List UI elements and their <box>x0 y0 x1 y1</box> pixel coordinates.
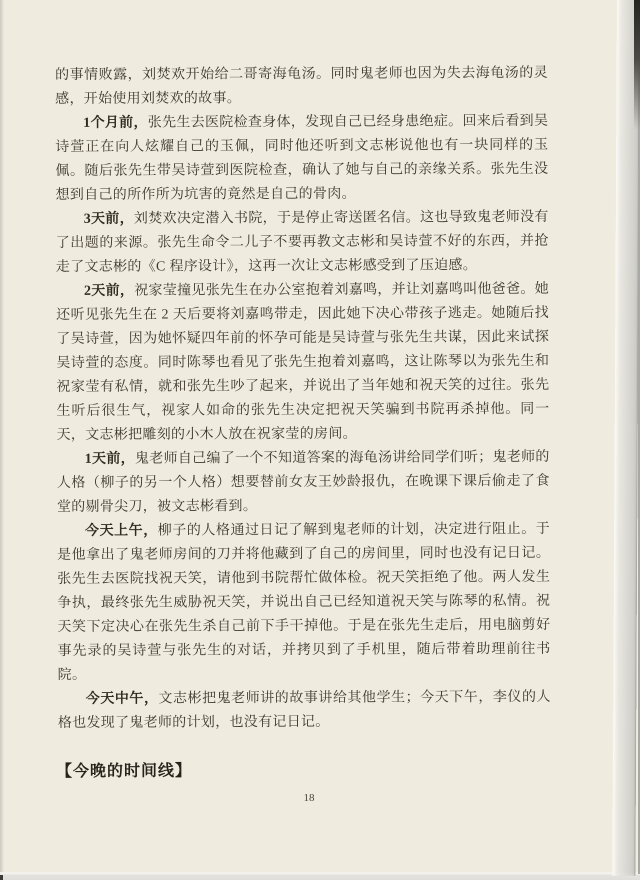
time-marker-label: 1天前， <box>85 452 135 467</box>
paragraph-text: 柳子的人格通过日记了解到鬼老师的计划，决定进行阻止。于是他拿出了鬼老师房间的刀并… <box>57 522 550 683</box>
time-marker-label: 1个月前， <box>83 116 148 131</box>
time-marker-label: 3天前， <box>84 212 134 227</box>
paragraph-continuation: 的事情败露，刘焚欢开始给二哥寄海龟汤。同时鬼老师也因为失去海龟汤的灵感，开始使用… <box>55 62 548 112</box>
scan-left-edge <box>0 0 4 880</box>
paragraph-text: 祝家莹撞见张先生在办公室抱着刘嘉鸣，并让刘嘉鸣叫他爸爸。她还听见张先生在 2 天… <box>56 282 549 443</box>
scan-speck <box>0 875 3 880</box>
time-marker-label: 2天前， <box>84 284 134 299</box>
paragraph-text: 的事情败露，刘焚欢开始给二哥寄海龟汤。同时鬼老师也因为失去海龟汤的灵感，开始使用… <box>55 66 548 107</box>
scanned-document-page: 的事情败露，刘焚欢开始给二哥寄海龟汤。同时鬼老师也因为失去海龟汤的灵感，开始使用… <box>0 0 640 880</box>
scan-right-page-edge-band <box>612 0 640 876</box>
document-body-text: 的事情败露，刘焚欢开始给二哥寄海龟汤。同时鬼老师也因为失去海龟汤的灵感，开始使用… <box>55 62 551 736</box>
time-marker-label: 今天中午， <box>86 692 159 707</box>
paragraph-one-month-ago: 1个月前，张先生去医院检查身体，发现自己已经身患绝症。回来后看到吴诗萱正在向人炫… <box>55 110 548 208</box>
paragraph-this-morning: 今天上午，柳子的人格通过日记了解到鬼老师的计划，决定进行阻止。于是他拿出了鬼老师… <box>57 518 551 688</box>
scan-bottom-edge <box>0 872 640 880</box>
scan-dark-corner <box>634 0 640 130</box>
paragraph-two-days-ago: 2天前，祝家莹撞见张先生在办公室抱着刘嘉鸣，并让刘嘉鸣叫他爸爸。她还听见张先生在… <box>56 278 550 448</box>
paragraph-one-day-ago: 1天前，鬼老师自己编了一个不知道答案的海龟汤讲给同学们听；鬼老师的人格（柳子的另… <box>57 446 550 520</box>
paragraph-three-days-ago: 3天前，刘焚欢决定潜入书院，于是停止寄送匿名信。这也导致鬼老师没有了出题的来源。… <box>56 206 549 280</box>
section-heading-tonight-timeline: 【今晚的时间线】 <box>56 758 192 782</box>
page-number: 18 <box>288 792 330 804</box>
paragraph-this-noon: 今天中午，文志彬把鬼老师讲的故事讲给其他学生；今天下午，李仪的人格也发现了鬼老师… <box>58 686 551 736</box>
time-marker-label: 今天上午， <box>85 524 158 539</box>
